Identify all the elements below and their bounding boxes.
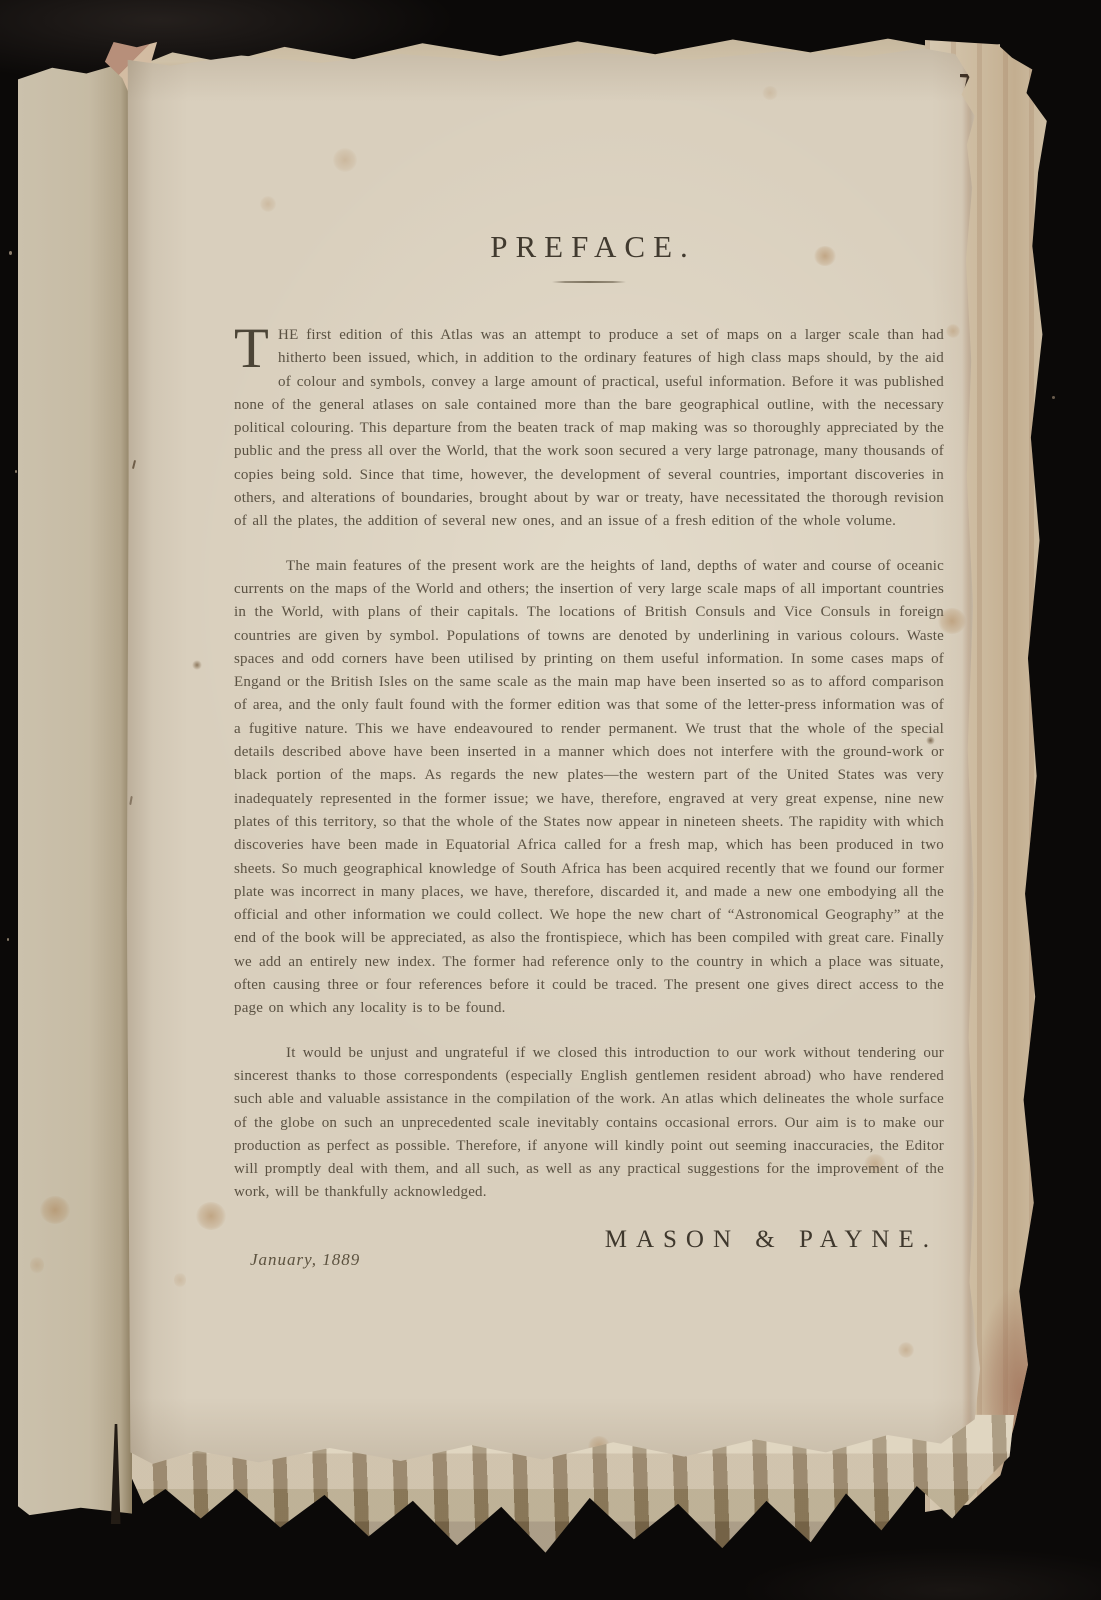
foxing-spot bbox=[260, 196, 276, 212]
adjacent-page-edge bbox=[18, 56, 132, 1518]
foxing-spot bbox=[196, 1202, 226, 1230]
dust-speck bbox=[1052, 396, 1055, 399]
margin-mark bbox=[132, 460, 136, 469]
book-page: PREFACE. THE first edition of this Atlas… bbox=[126, 44, 1012, 1484]
paragraph-2: The main features of the present work ar… bbox=[234, 555, 944, 1021]
page-content: PREFACE. THE first edition of this Atlas… bbox=[234, 226, 944, 1298]
title-rule bbox=[552, 281, 626, 283]
publisher-signature: MASON & PAYNE. bbox=[605, 1226, 938, 1254]
signature-row: January, 1889 MASON & PAYNE. bbox=[234, 1226, 944, 1298]
foxing-spot bbox=[30, 1256, 44, 1274]
foxing-spot bbox=[946, 324, 960, 338]
foxing-spot bbox=[762, 86, 778, 100]
foxing-spot bbox=[898, 1342, 914, 1358]
photo-of-book-page: PREFACE. THE first edition of this Atlas… bbox=[0, 0, 1101, 1600]
foxing-spot bbox=[192, 660, 202, 670]
dust-speck bbox=[9, 251, 12, 255]
foxing-spot bbox=[174, 1272, 186, 1288]
paragraph-1: THE first edition of this Atlas was an a… bbox=[234, 324, 944, 534]
drop-cap-T: T bbox=[234, 324, 278, 373]
foxing-spot bbox=[40, 1196, 70, 1224]
date-line: January, 1889 bbox=[250, 1250, 360, 1270]
foxing-spot bbox=[333, 148, 357, 172]
dust-speck bbox=[7, 938, 9, 941]
paragraph-1-text: HE first edition of this Atlas was an at… bbox=[234, 327, 944, 529]
margin-mark bbox=[129, 796, 133, 805]
page-title: PREFACE. bbox=[234, 226, 944, 268]
dust-speck bbox=[15, 470, 17, 473]
paragraph-3: It would be unjust and ungrateful if we … bbox=[234, 1042, 944, 1205]
